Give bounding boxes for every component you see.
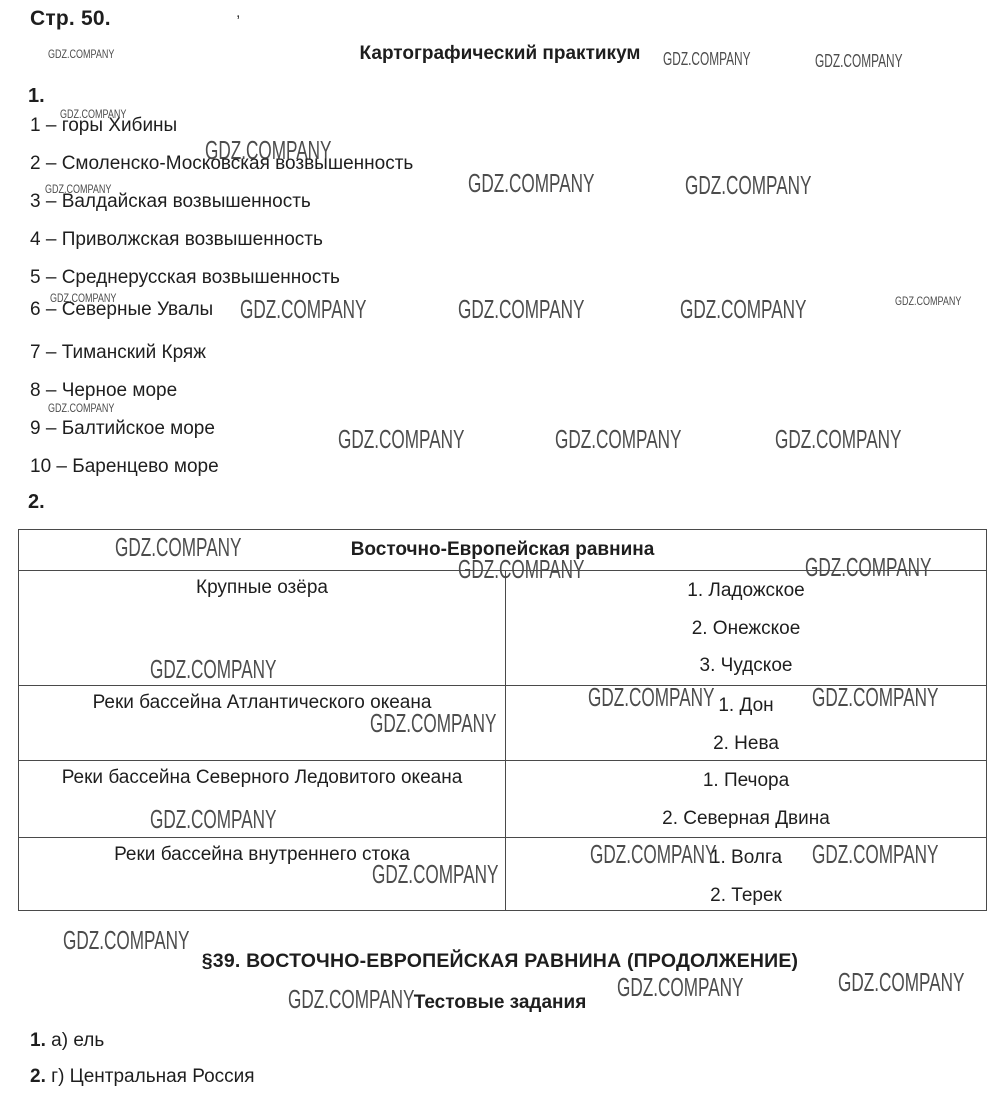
subsection-heading: Тестовые задания [0,992,1000,1014]
list-item: 6 – Северные Увалы [30,299,213,321]
row-values: 1. Волга 2. Терек [506,838,986,910]
row-value: 2. Нева [506,725,986,763]
row-label: Реки бассейна Атлантического океана [19,686,506,760]
list-item: 3 – Валдайская возвышенность [30,191,311,213]
watermark: GDZ.COMPANY [48,402,114,414]
watermark: GDZ.COMPANY [775,426,901,452]
list-item: 9 – Балтийское море [30,418,215,440]
row-value: 1. Ладожское [506,572,986,610]
watermark: GDZ.COMPANY [240,296,366,322]
section-title: Картографический практикум [0,43,1000,65]
row-label: Реки бассейна внутреннего стока [19,838,506,910]
task2-number: 2. [28,491,45,514]
row-value: 2. Онежское [506,610,986,648]
table-title: Восточно-Европейская равнина [19,530,986,571]
row-value: 1. Печора [506,762,986,800]
row-value: 2. Северная Двина [506,800,986,838]
table-row: Реки бассейна Атлантического океана 1. Д… [19,686,986,761]
list-item: 2 – Смоленско-Московская возвышенность [30,153,413,175]
list-item: 10 – Баренцево море [30,456,219,478]
row-values: 1. Печора 2. Северная Двина [506,761,986,837]
watermark: GDZ.COMPANY [338,426,464,452]
list-item: 4 – Приволжская возвышенность [30,229,323,251]
watermark: GDZ.COMPANY [555,426,681,452]
row-value: 2. Терек [506,877,986,915]
row-label: Реки бассейна Северного Ледовитого океан… [19,761,506,837]
answer-text: г) Центральная Россия [51,1066,254,1087]
list-item: 5 – Среднерусская возвышенность [30,267,340,289]
task1-number: 1. [28,85,45,108]
list-item: 7 – Тиманский Кряж [30,342,206,364]
list-item: 8 – Черное море [30,380,177,402]
table-row: Крупные озёра 1. Ладожское 2. Онежское 3… [19,571,986,686]
watermark: GDZ.COMPANY [895,295,961,307]
paragraph-heading: §39. ВОСТОЧНО-ЕВРОПЕЙСКАЯ РАВНИНА (ПРОДО… [0,950,1000,973]
stray-mark: , [236,4,240,22]
list-item: 1 – горы Хибины [30,115,177,137]
table-row: Реки бассейна Северного Ледовитого океан… [19,761,986,838]
watermark: GDZ.COMPANY [680,296,806,322]
answer-text: а) ель [51,1030,104,1051]
table-row: Реки бассейна внутреннего стока 1. Волга… [19,838,986,910]
row-values: 1. Дон 2. Нева [506,686,986,760]
watermark: GDZ.COMPANY [458,296,584,322]
row-value: 3. Чудское [506,647,986,685]
test-answer: 1. а) ель [30,1030,104,1052]
row-label: Крупные озёра [19,571,506,685]
watermark: GDZ.COMPANY [468,170,594,196]
plain-table: Восточно-Европейская равнина Крупные озё… [18,529,987,911]
watermark: GDZ.COMPANY [685,172,811,198]
answer-number: 2. [30,1066,46,1087]
row-value: 1. Дон [506,687,986,725]
test-answer: 2. г) Центральная Россия [30,1066,255,1088]
page-number-label: Стр. 50. [30,7,111,31]
row-values: 1. Ладожское 2. Онежское 3. Чудское [506,571,986,685]
row-value: 1. Волга [506,839,986,877]
answer-number: 1. [30,1030,46,1051]
scanned-answer-page: { "page": { "label": "Стр. 50.", "stray_… [0,0,1000,1106]
